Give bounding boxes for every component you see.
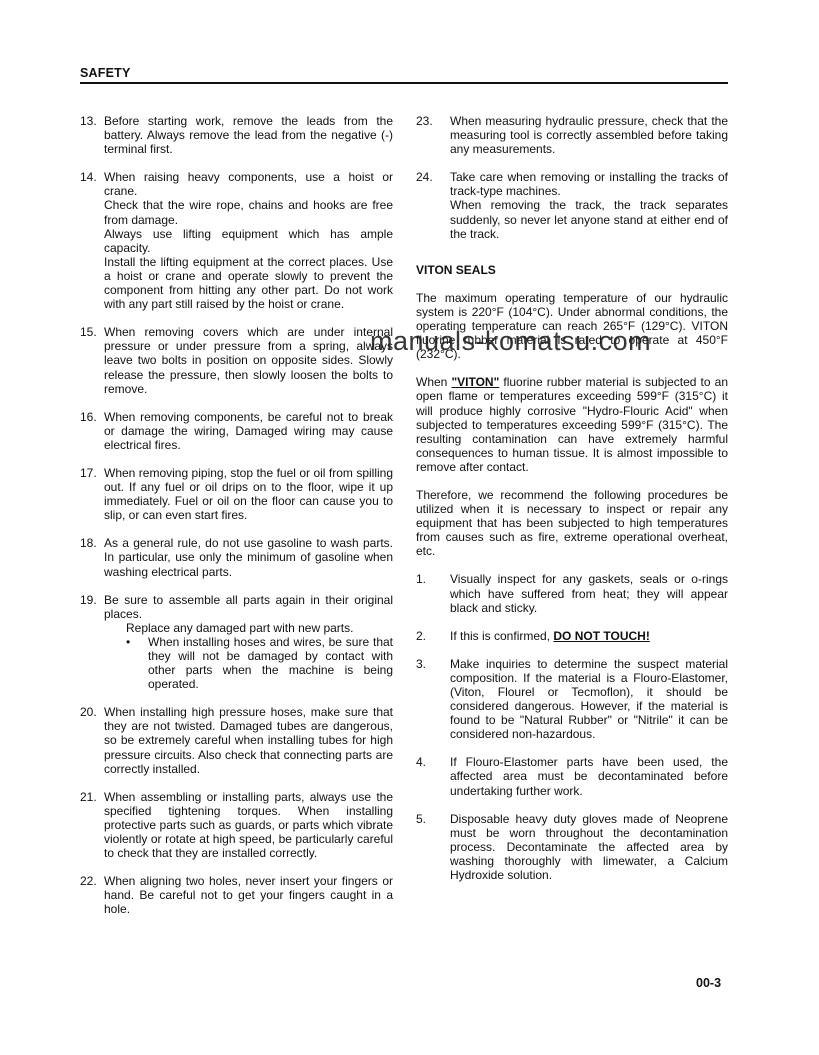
list-item-23: 23. When measuring hydraulic pressure, c… [416, 114, 728, 156]
procedure-item-5: 5. Disposable heavy duty gloves made of … [416, 812, 728, 882]
viton-hazard-paragraph: When "VITON" fluorine rubber material is… [416, 375, 728, 474]
item-number: 13. [80, 114, 97, 128]
item-text: When raising heavy components, use a hoi… [104, 170, 393, 198]
do-not-touch-warning: DO NOT TOUCH! [553, 629, 649, 643]
procedures-intro-paragraph: Therefore, we recommend the following pr… [416, 488, 728, 558]
list-item-19: 19. Be sure to assemble all parts again … [80, 593, 393, 692]
item-text: When installing high pressure hoses, mak… [104, 705, 393, 775]
procedure-item-1: 1. Visually inspect for any gaskets, sea… [416, 572, 728, 614]
item-text: If this is confirmed, [450, 629, 553, 643]
item-text: If Flouro-Elastomer parts have been used… [450, 755, 728, 797]
item-text: When removing components, be careful not… [104, 410, 393, 452]
section-header-title: SAFETY [80, 66, 131, 80]
item-text: Install the lifting equipment at the cor… [104, 255, 393, 311]
left-column: 13. Before starting work, remove the lea… [80, 114, 393, 931]
list-item-18: 18. As a general rule, do not use gasoli… [80, 536, 393, 578]
item-number: 5. [416, 812, 426, 826]
list-item-20: 20. When installing high pressure hoses,… [80, 705, 393, 775]
item-text: When aligning two holes, never insert yo… [104, 874, 393, 916]
item-number: 20. [80, 705, 97, 719]
item-text: Visually inspect for any gaskets, seals … [450, 572, 728, 614]
item-number: 4. [416, 755, 426, 769]
item-text: As a general rule, do not use gasoline t… [104, 536, 393, 578]
item-number: 18. [80, 536, 97, 550]
item-number: 22. [80, 874, 97, 888]
page-number: 00-3 [696, 976, 721, 990]
item-text: Always use lifting equipment which has a… [104, 227, 393, 255]
item-text: When removing covers which are under int… [104, 325, 393, 395]
item-text: When measuring hydraulic pressure, check… [450, 114, 728, 156]
item-text: Check that the wire rope, chains and hoo… [104, 198, 393, 226]
list-item-16: 16. When removing components, be careful… [80, 410, 393, 452]
item-number: 17. [80, 466, 97, 480]
item-text: Disposable heavy duty gloves made of Neo… [450, 812, 728, 882]
list-item-15: 15. When removing covers which are under… [80, 325, 393, 395]
bullet-icon: • [126, 635, 130, 649]
item-text: Make inquiries to determine the suspect … [450, 657, 728, 742]
procedure-item-2: 2. If this is confirmed, DO NOT TOUCH! [416, 629, 728, 643]
list-item-21: 21. When assembling or installing parts,… [80, 790, 393, 860]
bullet-text: When installing hoses and wires, be sure… [148, 635, 393, 691]
section-title-viton-seals: VITON SEALS [416, 263, 728, 277]
item-text: When removing the track, the track separ… [450, 198, 728, 240]
item-subtext: Replace any damaged part with new parts. [104, 621, 393, 635]
procedure-item-4: 4. If Flouro-Elastomer parts have been u… [416, 755, 728, 797]
item-number: 23. [416, 114, 433, 128]
item-number: 3. [416, 657, 426, 671]
list-item-14: 14. When raising heavy components, use a… [80, 170, 393, 311]
bullet-item: • When installing hoses and wires, be su… [104, 635, 393, 691]
item-text: When removing piping, stop the fuel or o… [104, 466, 393, 522]
procedure-item-3: 3. Make inquiries to determine the suspe… [416, 657, 728, 742]
list-item-17: 17. When removing piping, stop the fuel … [80, 466, 393, 522]
right-column: 23. When measuring hydraulic pressure, c… [416, 114, 728, 896]
item-text: Be sure to assemble all parts again in t… [104, 593, 393, 621]
viton-emphasis: "VITON" [451, 375, 499, 389]
item-text: Take care when removing or installing th… [450, 170, 728, 198]
viton-temperature-paragraph: The maximum operating temperature of our… [416, 291, 728, 361]
paragraph-prefix: When [416, 375, 451, 389]
item-number: 1. [416, 572, 426, 586]
item-number: 16. [80, 410, 97, 424]
paragraph-suffix: fluorine rubber material is subjected to… [416, 375, 728, 474]
list-item-22: 22. When aligning two holes, never inser… [80, 874, 393, 916]
item-number: 14. [80, 170, 97, 184]
item-number: 21. [80, 790, 97, 804]
item-number: 24. [416, 170, 433, 184]
item-number: 19. [80, 593, 97, 607]
list-item-24: 24. Take care when removing or installin… [416, 170, 728, 240]
list-item-13: 13. Before starting work, remove the lea… [80, 114, 393, 156]
header-rule [80, 82, 728, 84]
item-text: Before starting work, remove the leads f… [104, 114, 393, 156]
item-number: 2. [416, 629, 426, 643]
item-text: When assembling or installing parts, alw… [104, 790, 393, 860]
item-number: 15. [80, 325, 97, 339]
